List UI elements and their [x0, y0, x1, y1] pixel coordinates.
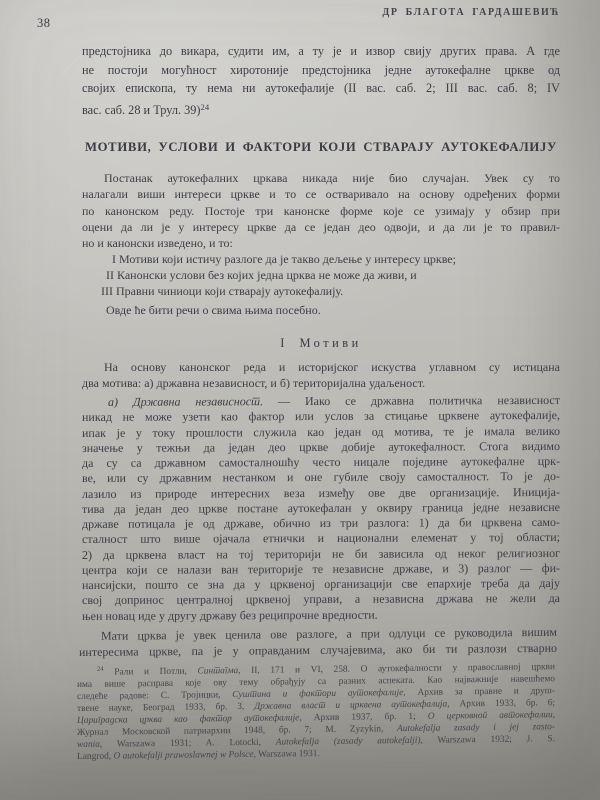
canonical-forms-list: I Мотиви који истичу разлоге да је такво… [82, 252, 560, 299]
section-heading: МОТИВИ, УСЛОВИ И ФАКТОРИ КОЈИ СТВАРАЈУ А… [82, 140, 582, 155]
subsection-heading: I Мотиви [82, 336, 590, 351]
paragraph-mother-church: Мати црква је увек ценила ове разлоге, а… [79, 625, 557, 660]
paragraph-transition: Овде ће бити речи о свима њима посебно. [82, 303, 560, 318]
page-number: 38 [37, 16, 51, 31]
scanned-book-page: 38 ДР БЛАГОТА ГАРДАШЕВИЋ предстојника до… [0, 0, 600, 800]
text-line: свој допринос централној црквеној управи… [82, 591, 560, 608]
text-line: II Канонски услови без којих једна црква… [82, 268, 560, 284]
text-line: својих епископа, ту нема ни аутокефалије… [82, 79, 560, 98]
text-line: по канонском реду. Постоје три канонске … [82, 203, 560, 219]
footnote: 24 Рали и Потли, Синтагма, II, 171 и VI,… [77, 658, 555, 763]
text-line: њен новац иде у другу државу без реципро… [82, 606, 560, 623]
text-line: На основу канонског реда и историјског и… [82, 359, 560, 375]
text-line: Овде ће бити речи о свима њима посебно. [82, 303, 560, 318]
text-line: но и канонски изведено, и то: [82, 235, 560, 251]
text-line: I Мотиви који истичу разлоге да је такво… [82, 252, 560, 268]
text-line: два мотива: а) државна независност, и б)… [82, 375, 560, 391]
text-line: предстојника до викара, судити им, а ту … [82, 42, 560, 61]
text-line: оцени да ли је у интересу цркве да се је… [82, 219, 560, 235]
paragraph-intro: Постанак аутокефалних цркава никада није… [82, 170, 560, 251]
text-line: III Правни чиниоци који стварају аутокеф… [82, 284, 560, 300]
text-line: вас. саб. 28 и Трул. 39)24 [82, 98, 560, 120]
paragraph-motives: На основу канонског реда и историјског и… [82, 359, 560, 391]
running-header: ДР БЛАГОТА ГАРДАШЕВИЋ [382, 7, 560, 18]
text-line: налагали виши интереси цркве и то се ост… [82, 186, 560, 202]
text-line: интересима цркве, па је у оправданим слу… [79, 640, 557, 660]
text-line: Постанак аутокефалних цркава никада није… [82, 170, 560, 186]
paragraph-state-independence: а) Државна независност. — Иако се државн… [82, 393, 560, 624]
text-line: не постоји могућност хиротоније предстој… [82, 61, 560, 80]
paragraph-continuation: предстојника до викара, судити им, а ту … [82, 42, 560, 119]
